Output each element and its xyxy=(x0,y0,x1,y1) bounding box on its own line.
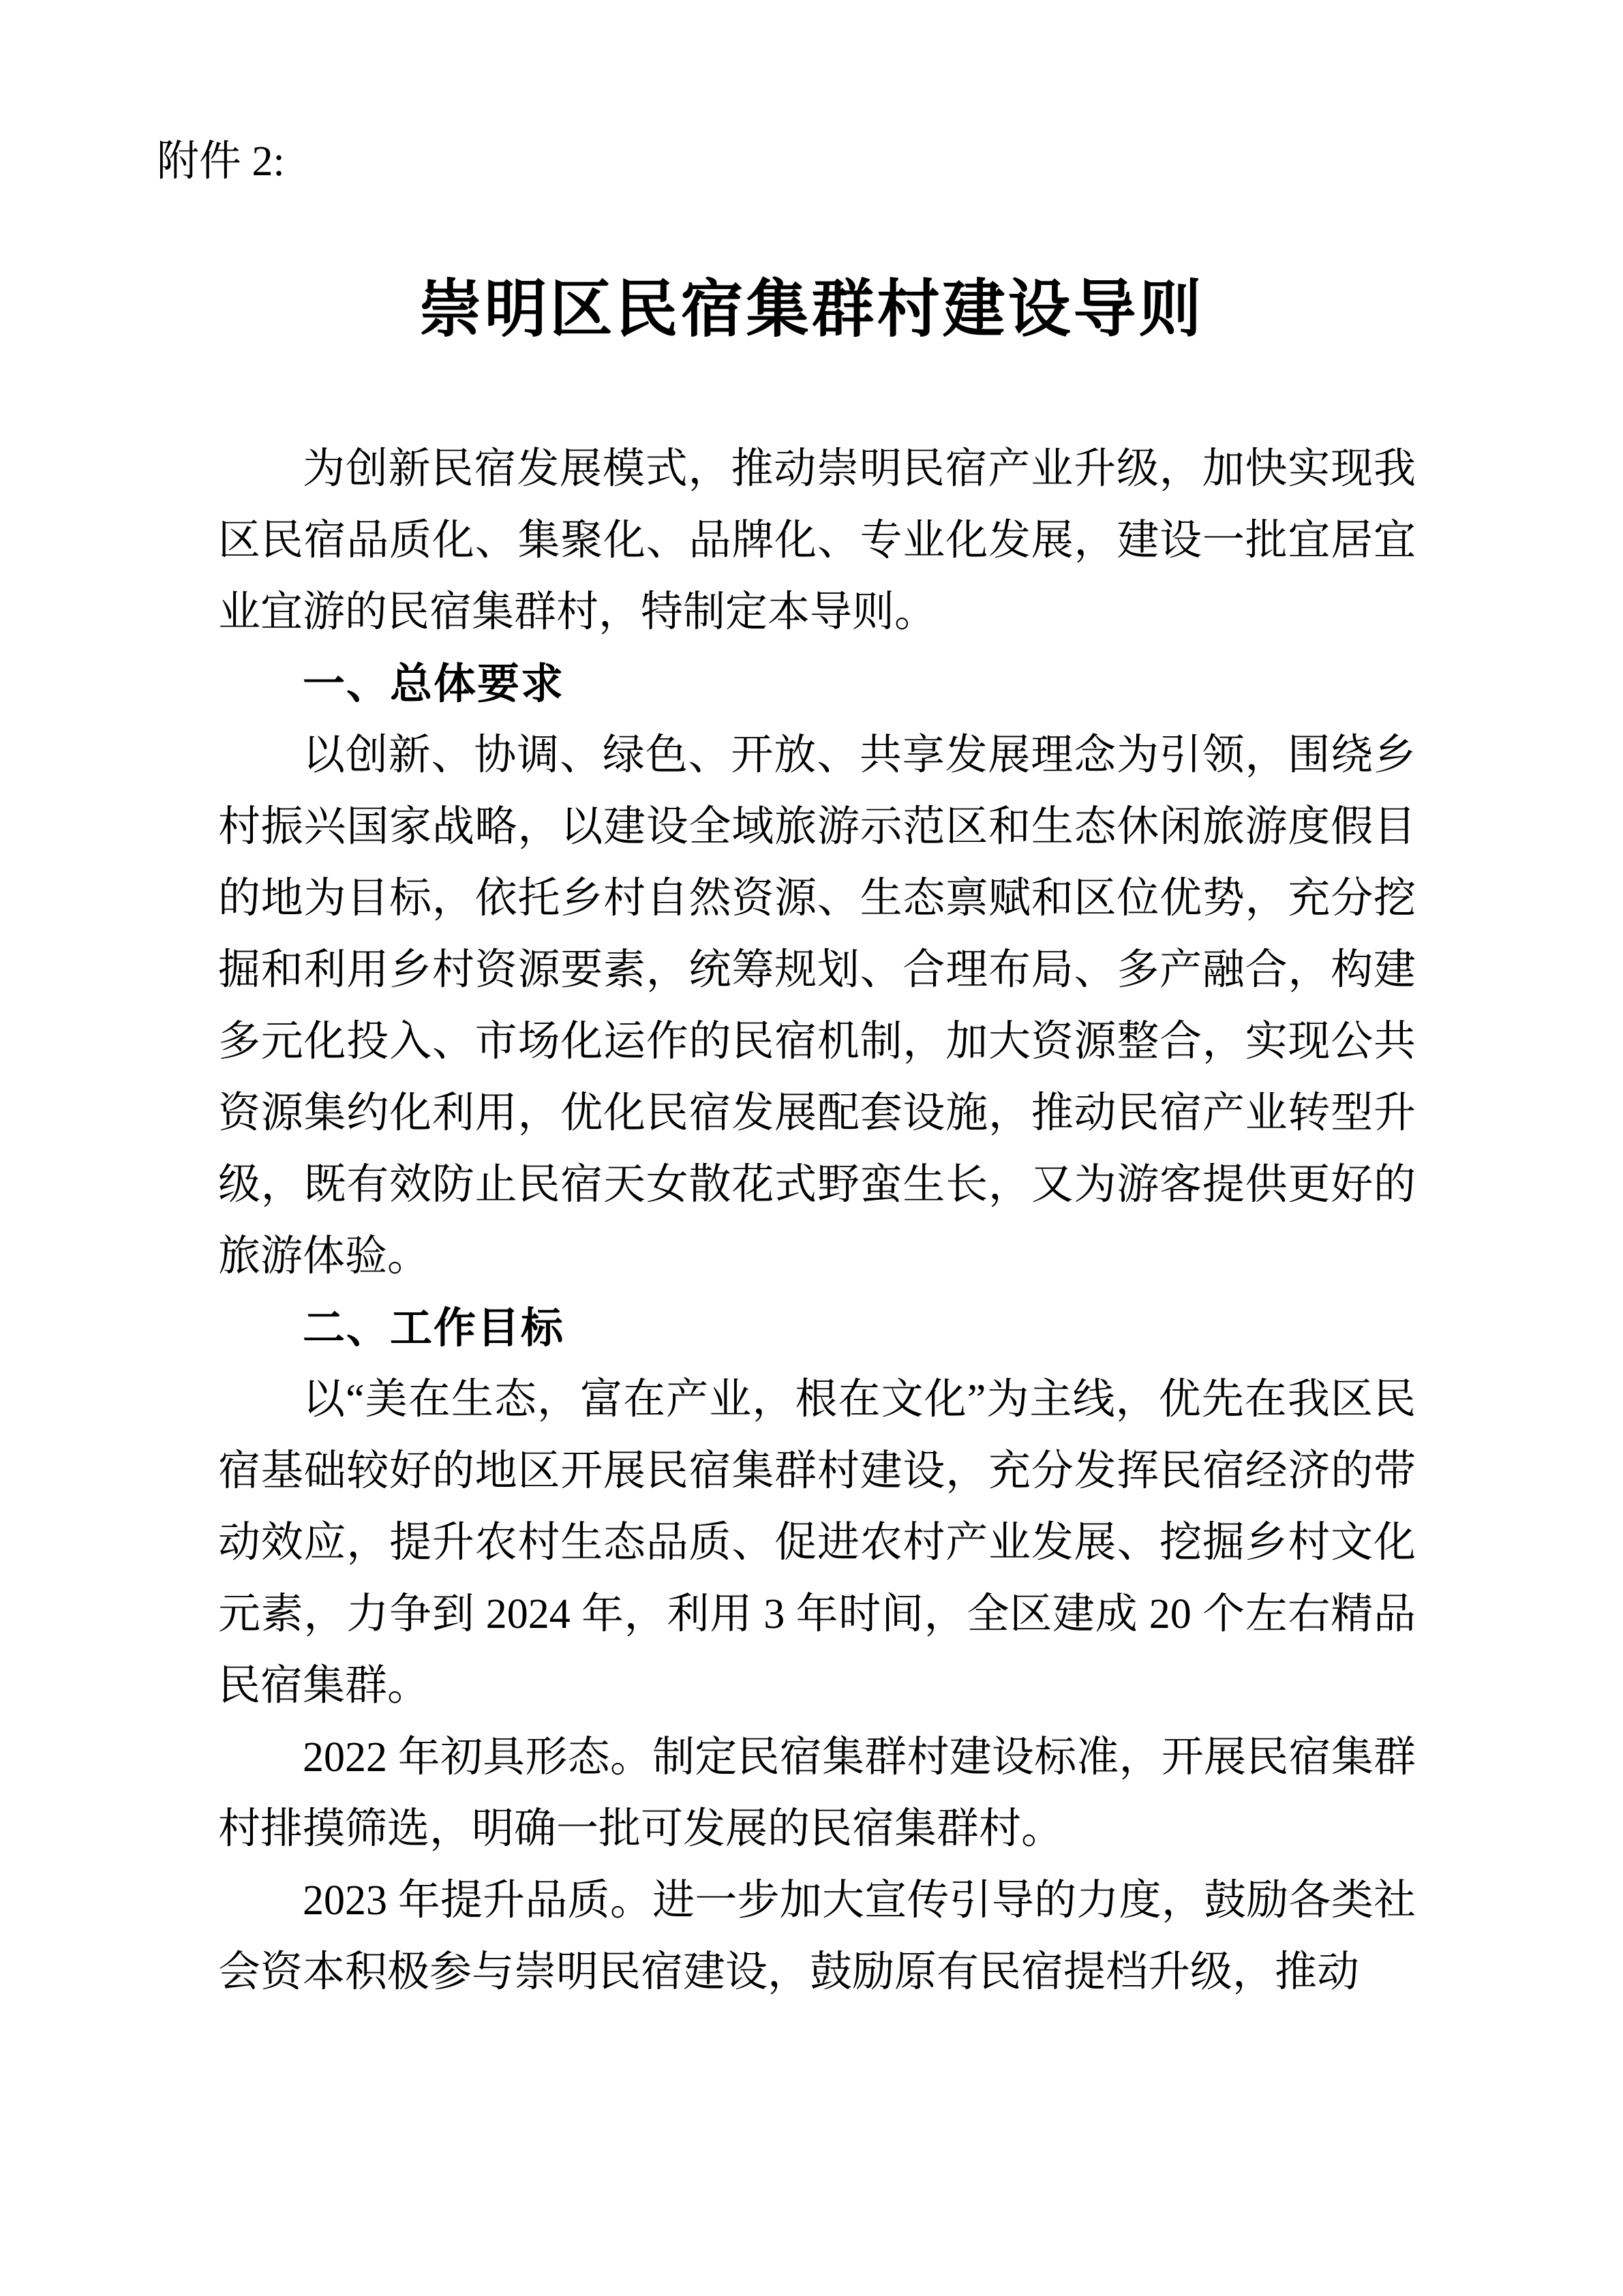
section-heading: 二、工作目标 xyxy=(218,1293,1416,1364)
body-paragraph: 2022 年初具形态。制定民宿集群村建设标准，开展民宿集群村排摸筛选，明确一批可… xyxy=(218,1722,1416,1865)
page-title: 崇明区民宿集群村建设导则 xyxy=(0,274,1623,346)
section-heading: 一、总体要求 xyxy=(218,648,1416,720)
attachment-label: 附件 2: xyxy=(157,138,285,185)
body-paragraph: 2023 年提升品质。进一步加大宣传引导的力度，鼓励各类社会资本积极参与崇明民宿… xyxy=(218,1865,1416,2008)
body-paragraph: 以“美在生态，富在产业，根在文化”为主线，优先在我区民宿基础较好的地区开展民宿集… xyxy=(218,1364,1416,1722)
body-paragraph: 以创新、协调、绿色、开放、共享发展理念为引领，围绕乡村振兴国家战略，以建设全域旅… xyxy=(218,720,1416,1293)
document-body: 为创新民宿发展模式，推动崇明民宿产业升级，加快实现我区民宿品质化、集聚化、品牌化… xyxy=(218,434,1416,2008)
body-paragraph: 为创新民宿发展模式，推动崇明民宿产业升级，加快实现我区民宿品质化、集聚化、品牌化… xyxy=(218,434,1416,648)
document-page: 附件 2: 崇明区民宿集群村建设导则 为创新民宿发展模式，推动崇明民宿产业升级，… xyxy=(0,0,1623,2296)
